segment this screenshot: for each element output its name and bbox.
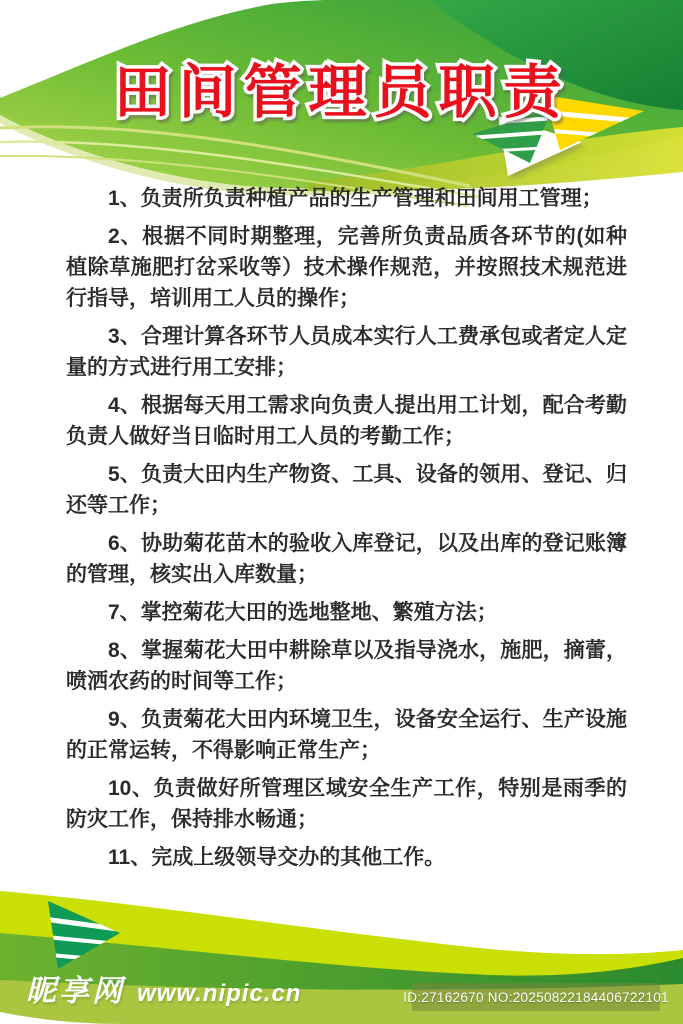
duty-item-2: 2、根据不同时期整理，完善所负责品质各环节的(如种植除草施肥打岔采收等）技术操作…: [66, 221, 627, 314]
duty-item-1: 1、负责所负责种植产品的生产管理和田间用工管理；: [66, 183, 627, 214]
watermark-site-url: www.nipic.cn: [137, 980, 301, 1008]
duty-item-10: 10、负责做好所管理区域安全生产工作，特别是雨季的防灾工作，保持排水畅通；: [66, 773, 627, 835]
duty-item-11: 11、完成上级领导交办的其他工作。: [66, 842, 627, 873]
poster: 田间管理员职责 1、负责所负责种植产品的生产管理和田间用工管理； 2、根据不同时…: [0, 0, 683, 1024]
duty-item-6: 6、协助菊花苗木的验收入库登记，以及出库的登记账簿的管理，核实出入库数量；: [66, 528, 627, 590]
duty-item-9: 9、负责菊花大田内环境卫生，设备安全运行、生产设施的正常运转，不得影响正常生产；: [66, 704, 627, 766]
duty-item-8: 8、掌握菊花大田中耕除草以及指导浇水，施肥，摘蕾，喷洒农药的时间等工作；: [66, 635, 627, 697]
duty-item-4: 4、根据每天用工需求向负责人提出用工计划，配合考勤负责人做好当日临时用工人员的考…: [66, 390, 627, 452]
duty-item-5: 5、负责大田内生产物资、工具、设备的领用、登记、归还等工作；: [66, 459, 627, 521]
duties-list: 1、负责所负责种植产品的生产管理和田间用工管理； 2、根据不同时期整理，完善所负…: [66, 183, 627, 880]
watermark: 昵享网 www.nipic.cn: [26, 966, 301, 1010]
poster-title: 田间管理员职责: [113, 60, 568, 125]
duty-item-3: 3、合理计算各环节人员成本实行人工费承包或者定人定量的方式进行用工安排；: [66, 321, 627, 383]
watermark-site-name: 昵享网: [26, 966, 125, 1010]
stock-id-badge: ID:27162670 NO:20250822184406722101: [412, 983, 660, 1011]
duty-item-7: 7、掌控菊花大田的选地整地、繁殖方法；: [66, 597, 627, 628]
